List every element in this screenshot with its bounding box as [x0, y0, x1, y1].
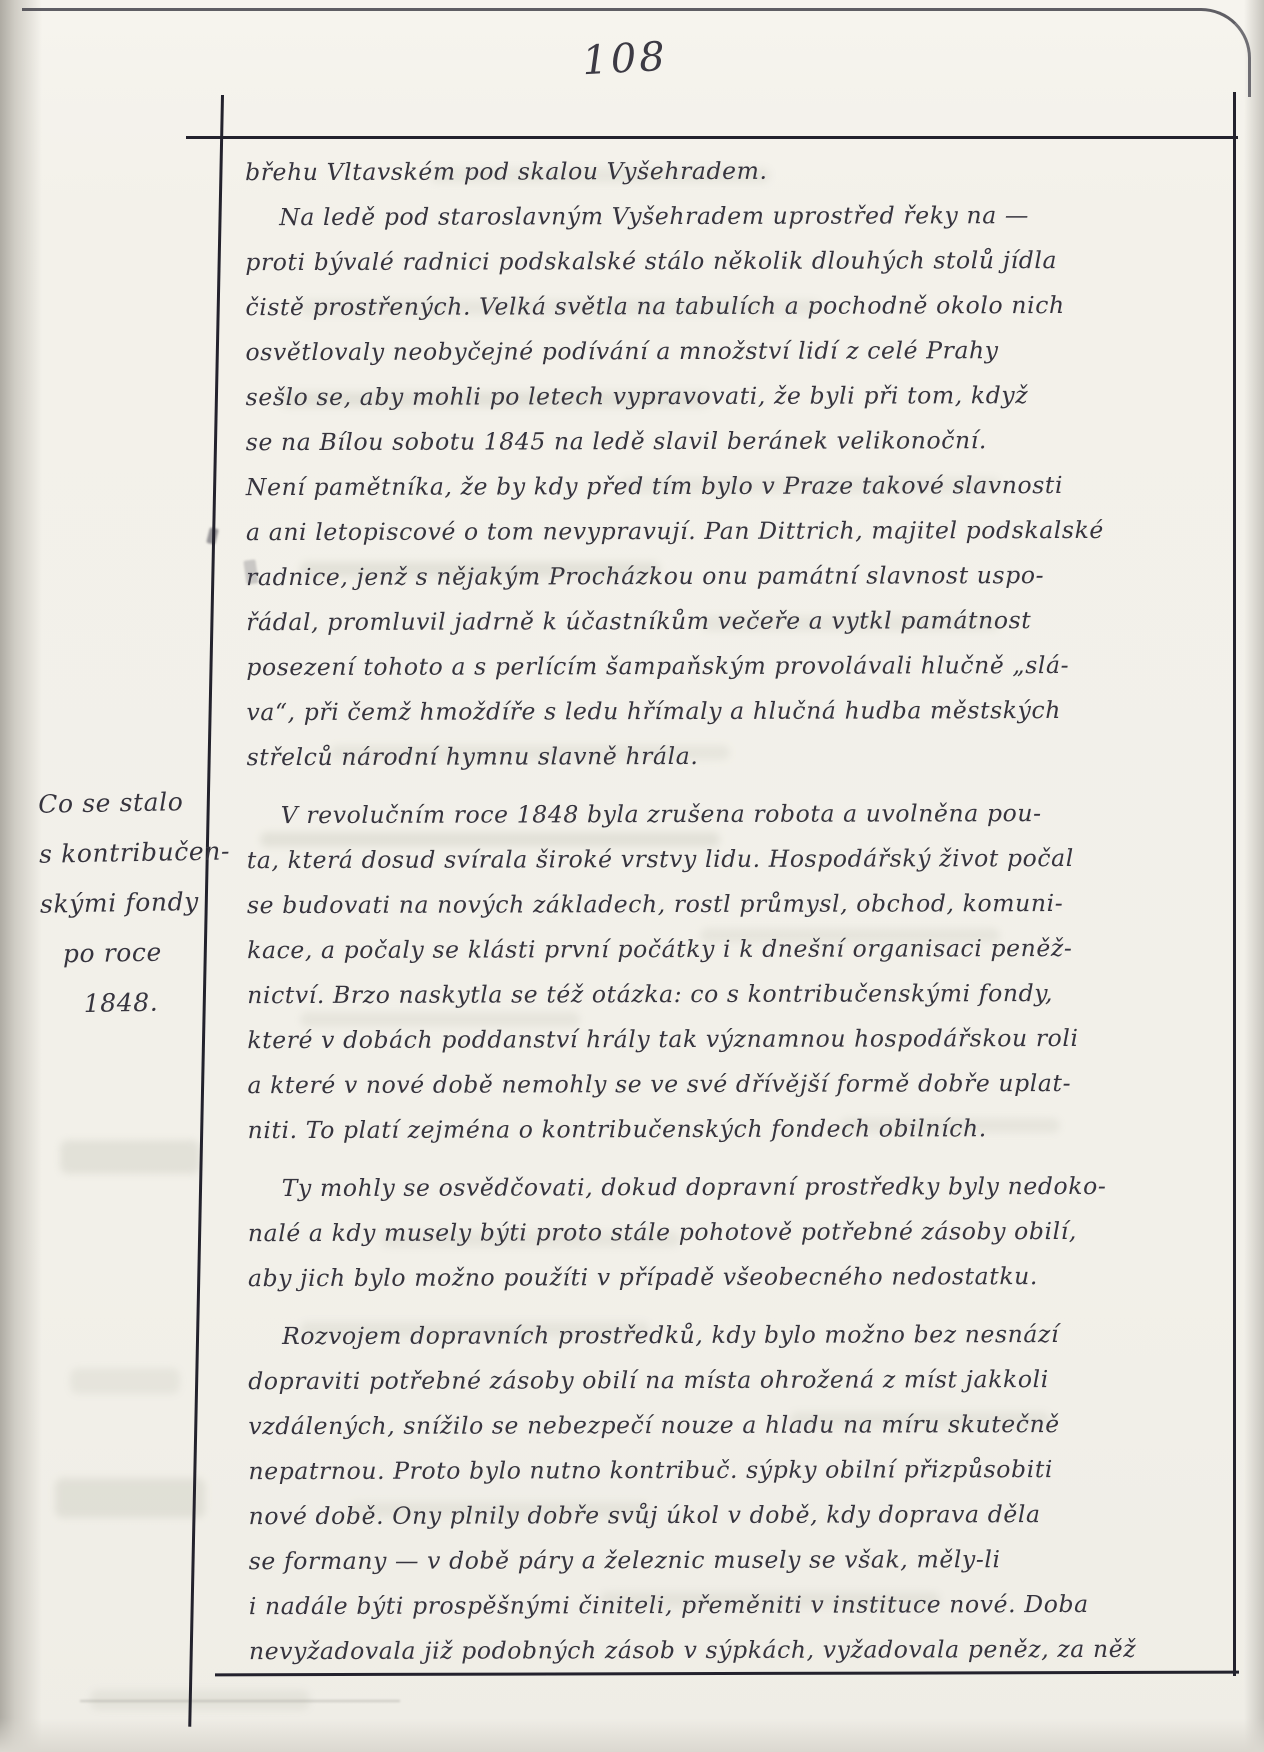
text-line: Rozvojem dopravních prostředků, kdy bylo… [248, 1312, 1128, 1359]
text-line: Ty mohly se osvědčovati, dokud dopravní … [248, 1164, 1128, 1211]
scanned-page: 108 Co se stalos kontribučen-skými fondy… [0, 0, 1264, 1752]
text-line: proti bývalé radnici podskalské stálo ně… [245, 238, 1125, 285]
text-line: sešlo se, aby mohli po letech vypravovat… [246, 373, 1126, 420]
text-line: kace, a počaly se klásti první počátky i… [247, 926, 1127, 973]
text-line: se na Bílou sobotu 1845 na ledě slavil b… [246, 418, 1126, 465]
text-line: osvětlovaly neobyčejné podívání a množst… [245, 328, 1125, 375]
text-line: nictví. Brzo naskytla se též otázka: co … [247, 971, 1127, 1018]
manuscript-text: břehu Vltavském pod skalou Vyšehradem.Na… [245, 148, 1129, 1674]
text-line: řádal, promluvil jadrně k účastníkům več… [246, 598, 1126, 645]
text-line: vzdálených, snížilo se nebezpečí nouze a… [248, 1402, 1128, 1449]
margin-note: Co se stalos kontribučen-skými fondypo r… [38, 776, 237, 1029]
text-line: nové době. Ony plnily dobře svůj úkol v … [249, 1492, 1129, 1539]
scan-edge-right [1244, 0, 1264, 1752]
text-line: Není pamětníka, že by kdy před tím bylo … [246, 463, 1126, 510]
text-line: dopraviti potřebné zásoby obilí na místa… [248, 1357, 1128, 1404]
bleed-through-line [80, 1700, 400, 1702]
margin-note-line: s kontribučen- [39, 826, 235, 879]
text-line: ta, která dosud svírala široké vrstvy li… [247, 836, 1127, 883]
right-margin-rule [1233, 92, 1236, 1676]
bleed-through-smudge [55, 1478, 205, 1518]
margin-note-line: Co se stalo [38, 776, 234, 829]
text-line: V revolučním roce 1848 byla zrušena robo… [247, 791, 1127, 838]
text-line: aby jich bylo možno použíti v případě vš… [248, 1254, 1128, 1301]
text-line: nepatrnou. Proto bylo nutno kontribuč. s… [248, 1447, 1128, 1494]
text-line: se budovati na nových základech, rostl p… [247, 881, 1127, 928]
text-line: nevyžadovala již podobných zásob v sýpká… [249, 1627, 1129, 1674]
text-line: radnice, jenž s nějakým Procházkou onu p… [246, 553, 1126, 600]
text-line: střelců národní hymnu slavně hrála. [247, 733, 1127, 780]
margin-note-line: po roce [40, 926, 236, 979]
scan-edge-left [0, 0, 42, 1752]
text-line: které v dobách poddanství hrály tak význ… [247, 1016, 1127, 1063]
top-rule [186, 136, 1238, 139]
text-line: i nadále býti prospěšnými činiteli, přem… [249, 1582, 1129, 1629]
text-line: a které v nové době nemohly se ve své dř… [247, 1061, 1127, 1108]
text-line: a ani letopiscové o tom nevypravují. Pan… [246, 508, 1126, 555]
margin-note-line: skými fondy [40, 876, 236, 929]
text-line: břehu Vltavském pod skalou Vyšehradem. [245, 148, 1125, 195]
text-line: posezení tohoto a s perlícím šampaňským … [246, 643, 1126, 690]
bleed-through-smudge [60, 1140, 200, 1174]
text-line: se formany — v době páry a železnic muse… [249, 1537, 1129, 1584]
margin-note-line: 1848. [41, 976, 237, 1029]
text-line: Na ledě pod staroslavným Vyšehradem upro… [245, 193, 1125, 240]
text-line: čistě prostřených. Velká světla na tabul… [245, 283, 1125, 330]
text-line: niti. To platí zejména o kontribučenskýc… [248, 1106, 1128, 1153]
text-line: nalé a kdy musely býti proto stále pohot… [248, 1209, 1128, 1256]
bleed-through-smudge [70, 1368, 180, 1394]
text-line: va“, při čemž hmoždíře s ledu hřímaly a … [246, 688, 1126, 735]
page-number: 108 [574, 33, 676, 84]
